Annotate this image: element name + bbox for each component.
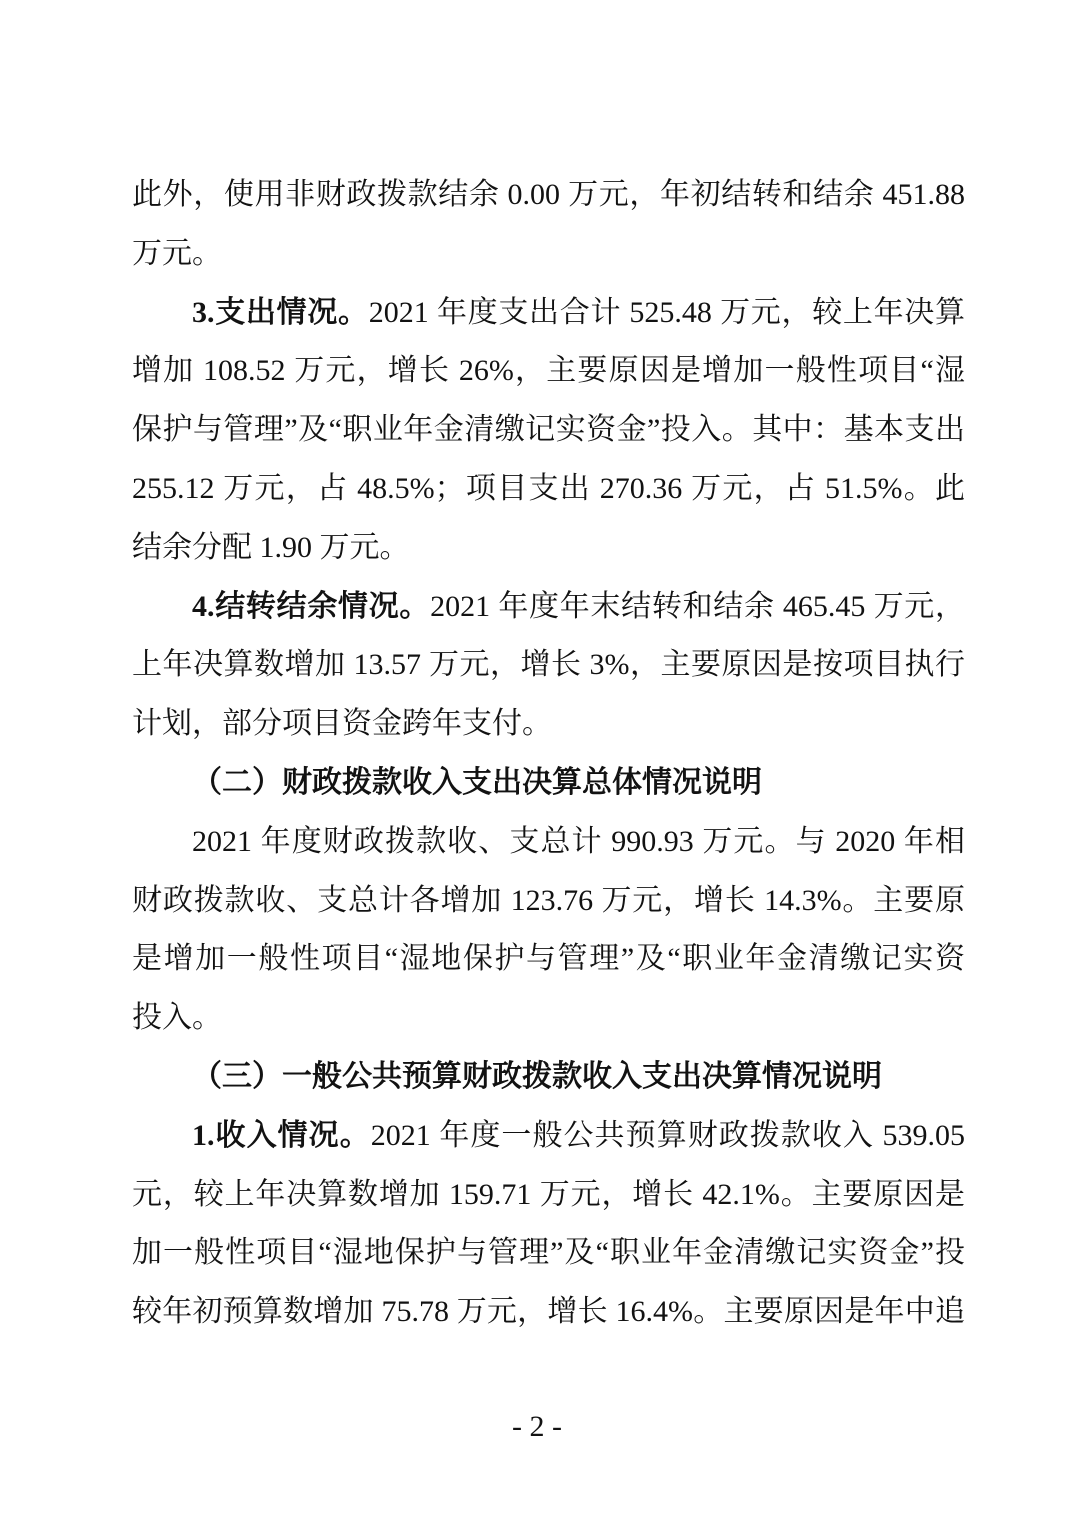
- body-text: 较年初预算数增加 75.78 万元，增长 16.4%。主要原因是年中追: [132, 1295, 965, 1328]
- document-body: 此外，使用非财政拨款结余 0.00 万元，年初结转和结余 451.88万元。3.…: [132, 166, 965, 1342]
- paragraph-income: 1.收入情况。2021 年度一般公共预算财政拨款收入 539.05 万元，较上年…: [132, 1107, 965, 1342]
- body-text: 255.12 万元，占 48.5%；项目支出 270.36 万元，占 51.5%…: [132, 472, 965, 519]
- body-text: 是增加一般性项目“湿地保护与管理”及“职业年金清缴记实资金”: [132, 942, 965, 989]
- body-text: 此外，使用非财政拨款结余 0.00 万元，年初结转和结余 451.88: [132, 178, 965, 211]
- body-text: 投入。: [132, 1001, 222, 1034]
- text-line: 4.结转结余情况。2021 年度年末结转和结余 465.45 万元，较: [132, 578, 965, 637]
- paragraph-yearend-carryover: 4.结转结余情况。2021 年度年末结转和结余 465.45 万元，较上年决算数…: [132, 578, 965, 754]
- text-line: 255.12 万元，占 48.5%；项目支出 270.36 万元，占 51.5%…: [132, 460, 965, 519]
- page-number: - 2 -: [0, 1410, 1074, 1444]
- body-text: 2021 年度财政拨款收、支总计 990.93 万元。与 2020 年相比，: [192, 825, 965, 872]
- heading-text: （三）一般公共预算财政拨款收入支出决算情况说明: [192, 1060, 882, 1093]
- text-line: 计划，部分项目资金跨年支付。: [132, 695, 965, 754]
- body-text: 结余分配 1.90 万元。: [132, 531, 410, 564]
- paragraph-nonfiscal-carryover: 此外，使用非财政拨款结余 0.00 万元，年初结转和结余 451.88万元。: [132, 166, 965, 284]
- heading-text: 1.收入情况。: [192, 1119, 371, 1152]
- body-text: 增加 108.52 万元，增长 26%，主要原因是增加一般性项目“湿地: [132, 354, 965, 401]
- text-line: 万元。: [132, 225, 965, 284]
- document-page: 此外，使用非财政拨款结余 0.00 万元，年初结转和结余 451.88万元。3.…: [0, 0, 1074, 1520]
- body-text: 保护与管理”及“职业年金清缴记实资金”投入。其中：基本支出: [132, 413, 965, 446]
- body-text: 元，较上年决算数增加 159.71 万元，增长 42.1%。主要原因是增: [132, 1178, 965, 1225]
- body-text: 万元。: [132, 237, 222, 270]
- text-line: 1.收入情况。2021 年度一般公共预算财政拨款收入 539.05 万: [132, 1107, 965, 1166]
- text-line: （三）一般公共预算财政拨款收入支出决算情况说明: [132, 1048, 965, 1107]
- text-line: 财政拨款收、支总计各增加 123.76 万元，增长 14.3%。主要原因: [132, 872, 965, 931]
- text-line: 加一般性项目“湿地保护与管理”及“职业年金清缴记实资金”投入。: [132, 1224, 965, 1283]
- text-line: 3.支出情况。2021 年度支出合计 525.48 万元，较上年决算数: [132, 284, 965, 343]
- text-line: 元，较上年决算数增加 159.71 万元，增长 42.1%。主要原因是增: [132, 1166, 965, 1225]
- text-line: 投入。: [132, 989, 965, 1048]
- body-text: 加一般性项目“湿地保护与管理”及“职业年金清缴记实资金”投入。: [132, 1236, 965, 1283]
- text-line: 保护与管理”及“职业年金清缴记实资金”投入。其中：基本支出: [132, 401, 965, 460]
- text-line: 增加 108.52 万元，增长 26%，主要原因是增加一般性项目“湿地: [132, 342, 965, 401]
- heading-text: 4.结转结余情况。: [192, 590, 430, 623]
- paragraph-fiscal-appropriation-total: 2021 年度财政拨款收、支总计 990.93 万元。与 2020 年相比，财政…: [132, 813, 965, 1048]
- body-text: 计划，部分项目资金跨年支付。: [132, 707, 552, 740]
- heading-text: 3.支出情况。: [192, 296, 369, 329]
- paragraph-expenditure: 3.支出情况。2021 年度支出合计 525.48 万元，较上年决算数增加 10…: [132, 284, 965, 578]
- text-line: 结余分配 1.90 万元。: [132, 519, 965, 578]
- text-line: 较年初预算数增加 75.78 万元，增长 16.4%。主要原因是年中追: [132, 1283, 965, 1342]
- text-line: （二）财政拨款收入支出决算总体情况说明: [132, 754, 965, 813]
- text-line: 此外，使用非财政拨款结余 0.00 万元，年初结转和结余 451.88: [132, 166, 965, 225]
- heading-section-2: （二）财政拨款收入支出决算总体情况说明: [132, 754, 965, 813]
- heading-section-3: （三）一般公共预算财政拨款收入支出决算情况说明: [132, 1048, 965, 1107]
- text-line: 是增加一般性项目“湿地保护与管理”及“职业年金清缴记实资金”: [132, 930, 965, 989]
- text-line: 上年决算数增加 13.57 万元，增长 3%，主要原因是按项目执行: [132, 636, 965, 695]
- body-text: 上年决算数增加 13.57 万元，增长 3%，主要原因是按项目执行: [132, 648, 965, 681]
- heading-text: （二）财政拨款收入支出决算总体情况说明: [192, 766, 762, 799]
- text-line: 2021 年度财政拨款收、支总计 990.93 万元。与 2020 年相比，: [132, 813, 965, 872]
- body-text: 财政拨款收、支总计各增加 123.76 万元，增长 14.3%。主要原因: [132, 884, 965, 931]
